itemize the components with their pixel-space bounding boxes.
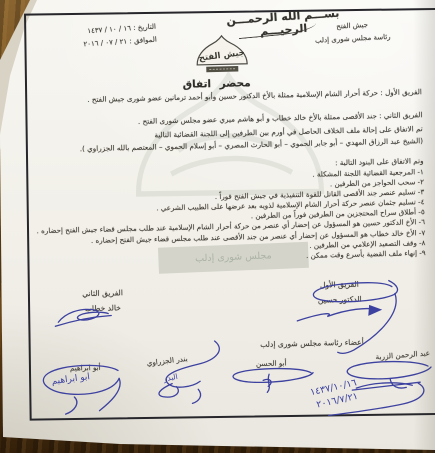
scanned-agreement-photo: مجلس شورى إدلب بســـم الله الرحمـــن الر…	[0, 0, 435, 453]
party2-name: خالد خطاب	[64, 300, 142, 317]
abu-ibrahim-handwritten-signature: ابو ابراهيم	[51, 372, 90, 387]
member-name: أبو الحسن	[246, 358, 296, 368]
document-content: مجلس شورى إدلب بســـم الله الرحمـــن الر…	[0, 0, 435, 453]
members-heading: أعضاء رئاسة مجلس شورى إدلب	[204, 338, 364, 351]
member-name: عبد الرحمن الزربة	[326, 348, 430, 365]
member-name: بندر الجزراوي	[134, 353, 201, 369]
party1-signature-block: الفريق الأول الدكتور حسين	[294, 276, 385, 308]
member-name: أبو ابراهيم	[60, 363, 110, 373]
date-block: التاريخ : ١٦ / ١٠ / ١٤٣٧ الموافق : ٢١ / …	[21, 21, 157, 56]
page-title: محضر اتفاق	[147, 76, 287, 91]
clauses-list: ١- المرجعية القضائية اللجنة المشكلة . ٢-…	[24, 167, 426, 267]
jaish-al-fatah-logo: جيش الفتح	[192, 34, 251, 75]
party1-name: الدكتور حسين	[295, 291, 385, 308]
party1-paragraph: الفريق الأول : حركة أحرار الشام الإسلامي…	[24, 87, 422, 107]
party2-signature-block: الفريق الثاني خالد خطاب	[63, 285, 142, 317]
text-layer: بســـم الله الرحمـــن الرحيـــم جيش الفت…	[0, 0, 435, 453]
badr-handwritten-signature: البدر	[163, 372, 179, 384]
org-header: جيش الفتح رئاسة مجلس شورى إدلب	[296, 17, 409, 49]
